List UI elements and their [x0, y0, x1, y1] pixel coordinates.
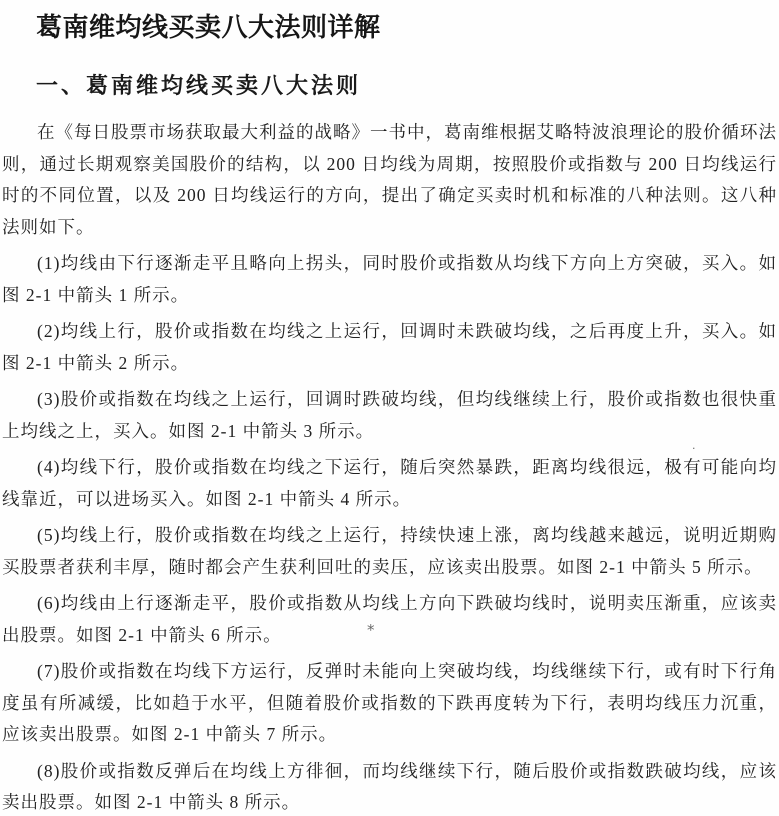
rule-2-paragraph: (2)均线上行，股价或指数在均线之上运行，回调时未跌破均线，之后再度上升，买入。… [2, 316, 777, 379]
body-text: 在《每日股票市场获取最大利益的战略》一书中，葛南维根据艾略特波浪理论的股价循环法… [2, 117, 777, 816]
rule-1-paragraph: (1)均线由下行逐渐走平且略向上拐头，同时股价或指数从均线下方向上方突破，买入。… [2, 248, 777, 311]
intro-paragraph: 在《每日股票市场获取最大利益的战略》一书中，葛南维根据艾略特波浪理论的股价循环法… [2, 117, 777, 243]
rule-3-paragraph: (3)股价或指数在均线之上运行，回调时跌破均线，但均线继续上行，股价或指数也很快… [2, 384, 777, 447]
rule-5-paragraph: (5)均线上行，股价或指数在均线之上运行，持续快速上涨，离均线越来越远，说明近期… [2, 520, 777, 583]
page-title: 葛南维均线买卖八大法则详解 [2, 0, 777, 45]
document-page: 葛南维均线买卖八大法则详解 一、葛南维均线买卖八大法则 在《每日股票市场获取最大… [0, 0, 779, 816]
rule-6-paragraph: (6)均线由上行逐渐走平，股价或指数从均线上方向下跌破均线时，说明卖压渐重，应该… [2, 588, 777, 651]
rule-8-paragraph: (8)股价或指数反弹后在均线上方徘徊，而均线继续下行，随后股价或指数跌破均线，应… [2, 756, 777, 816]
rule-7-paragraph: (7)股价或指数在均线下方运行，反弹时未能向上突破均线，均线继续下行，或有时下行… [2, 656, 777, 751]
section-heading: 一、葛南维均线买卖八大法则 [36, 71, 777, 101]
rule-4-paragraph: (4)均线下行，股价或指数在均线之下运行，随后突然暴跌，距离均线很远，极有可能向… [2, 452, 777, 515]
